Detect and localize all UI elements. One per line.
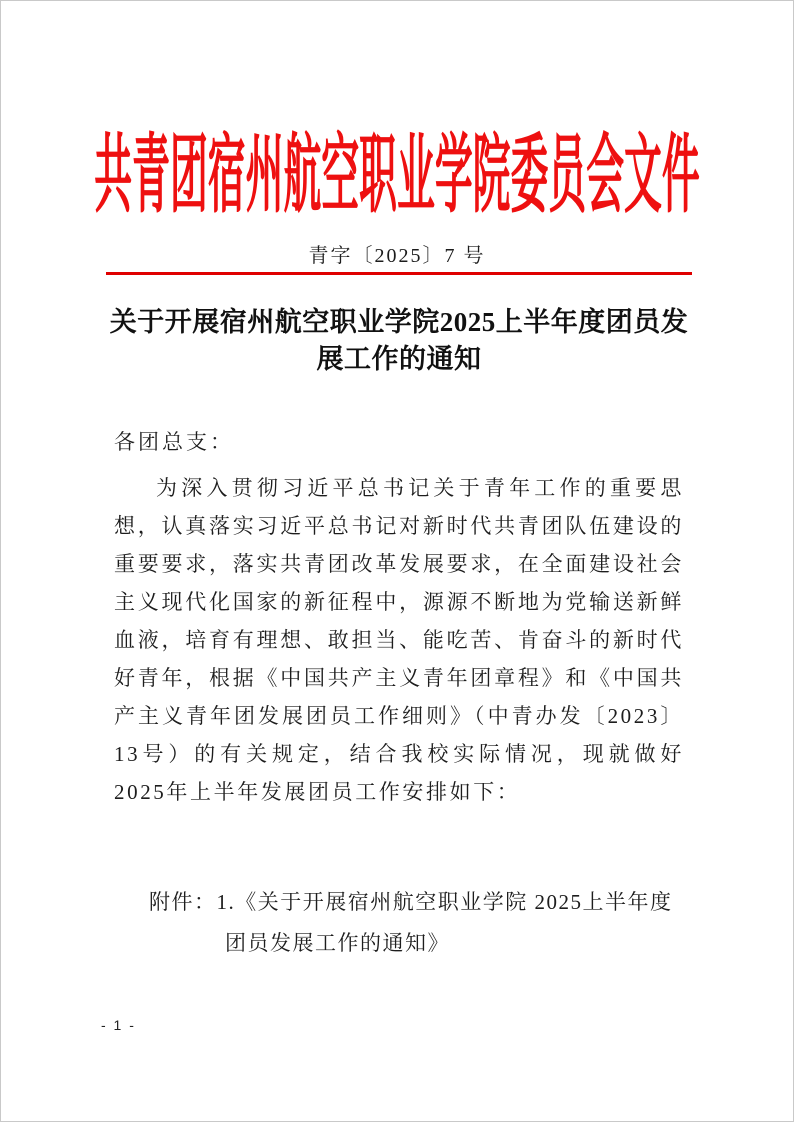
document-title: 关于开展宿州航空职业学院2025上半年度团员发展工作的通知	[108, 304, 690, 378]
red-divider-line	[106, 272, 692, 275]
page-number: - 1 -	[101, 1017, 136, 1033]
document-body: 各团总支： 为深入贯彻习近平总书记关于青年工作的重要思想，认真落实习近平总书记对…	[114, 423, 684, 811]
official-document-page: 共青团宿州航空职业学院委员会文件 青字〔2025〕7 号 关于开展宿州航空职业学…	[0, 0, 794, 1122]
red-masthead-title: 共青团宿州航空职业学院委员会文件	[223, 127, 571, 223]
attachment-line-1: 附件：1.《关于开展宿州航空职业学院 2025上半年度	[149, 882, 709, 923]
salutation: 各团总支：	[114, 423, 684, 461]
body-paragraph: 为深入贯彻习近平总书记关于青年工作的重要思想，认真落实习近平总书记对新时代共青团…	[114, 469, 684, 811]
attachment-section: 附件：1.《关于开展宿州航空职业学院 2025上半年度 团员发展工作的通知》	[149, 882, 709, 964]
attachment-line-2: 团员发展工作的通知》	[149, 923, 709, 964]
document-number: 青字〔2025〕7 号	[1, 239, 793, 268]
